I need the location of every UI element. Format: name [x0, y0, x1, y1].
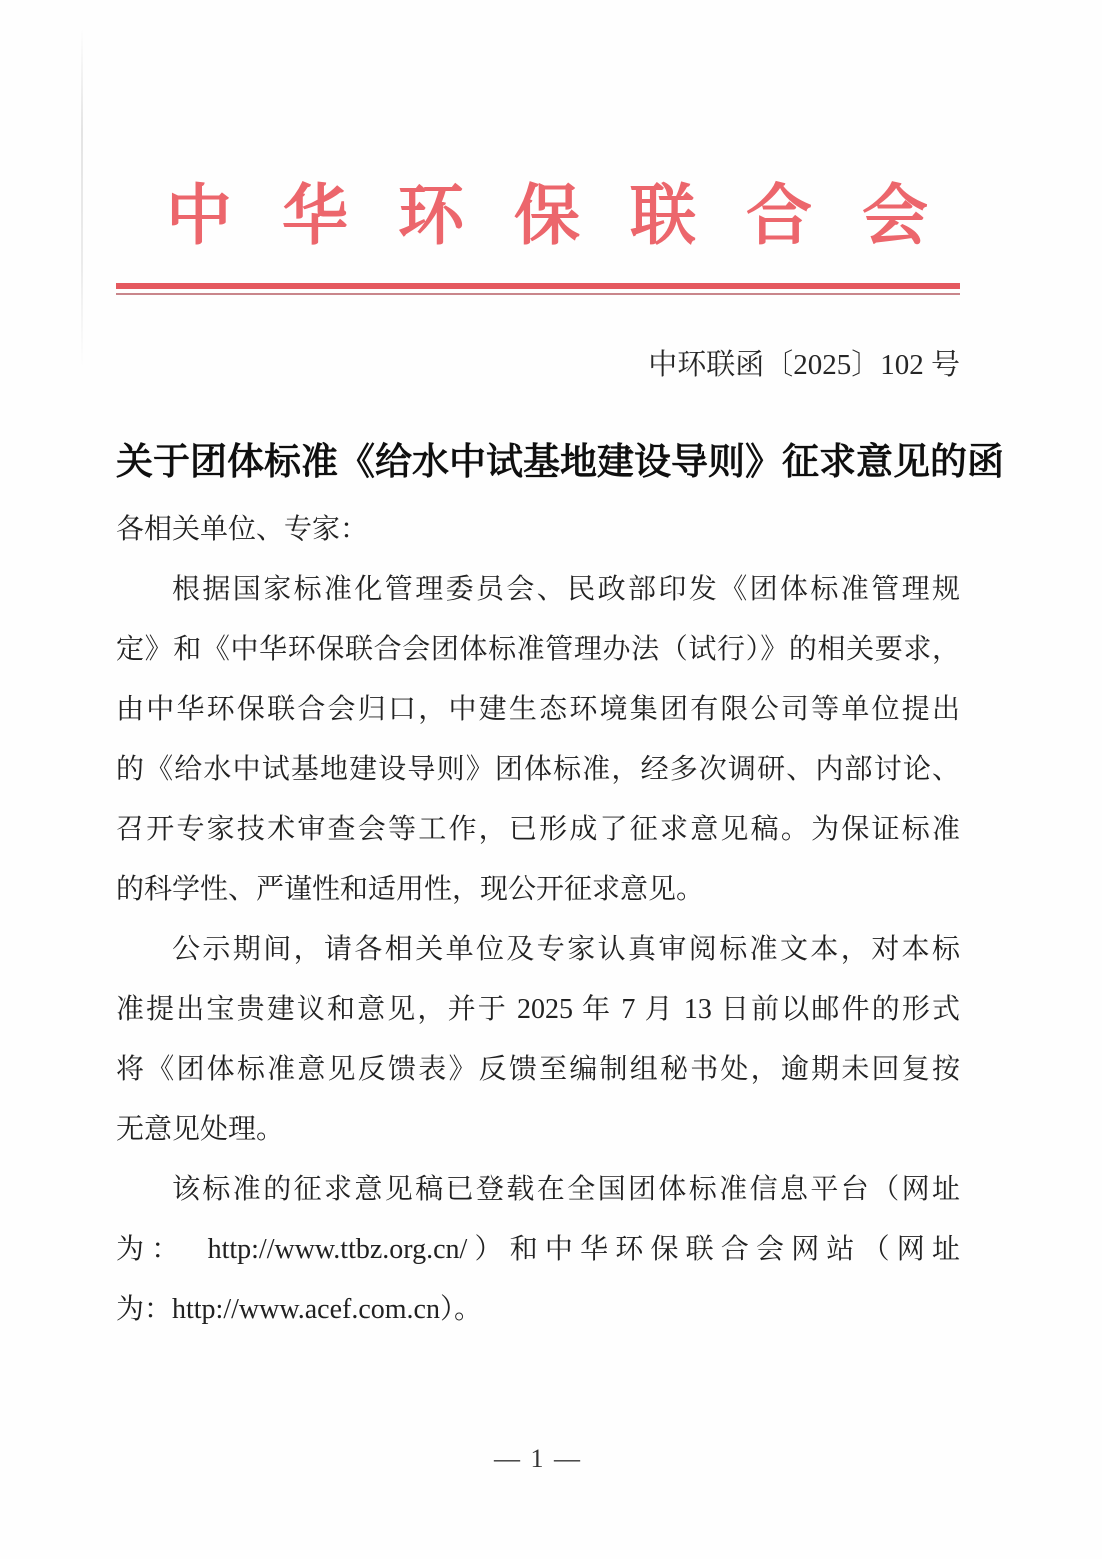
paragraph-3-line: 为：http://www.acef.com.cn）。 [116, 1280, 960, 1340]
paragraph-1-line: 的科学性、严谨性和适用性，现公开征求意见。 [116, 860, 960, 920]
letterhead: 中华环保联合会 [116, 0, 960, 295]
letterhead-org-name: 中华环保联合会 [116, 0, 960, 250]
paragraph-2-line: 公示期间，请各相关单位及专家认真审阅标准文本，对本标 [116, 920, 960, 980]
document-number: 中环联函〔2025〕102 号 [116, 347, 960, 383]
scanned-official-letter-page: 中华环保联合会 中环联函〔2025〕102 号 关于团体标准《给水中试基地建设导… [0, 0, 1102, 1559]
paragraph-1-line: 定》和《中华环保联合会团体标准管理办法（试行）》的相关要求， [116, 620, 960, 680]
salutation: 各相关单位、专家： [116, 500, 960, 560]
paragraph-1-line: 召开专家技术审查会等工作，已形成了征求意见稿。为保证标准 [116, 800, 960, 860]
paragraph-1-line: 的《给水中试基地建设导则》团体标准，经多次调研、内部讨论、 [116, 740, 960, 800]
page-number: — 1 — [116, 1444, 960, 1474]
letterhead-rule-thin [116, 293, 960, 295]
paragraph-1-line: 由中华环保联合会归口，中建生态环境集团有限公司等单位提出 [116, 680, 960, 740]
paragraph-2-line: 无意见处理。 [116, 1100, 960, 1160]
letterhead-rule-thick [116, 283, 960, 289]
paragraph-2-line: 准提出宝贵建议和意见，并于 2025 年 7 月 13 日前以邮件的形式 [116, 980, 960, 1040]
document-title: 关于团体标准《给水中试基地建设导则》征求意见的函 [116, 439, 960, 487]
paragraph-1-line: 根据国家标准化管理委员会、民政部印发《团体标准管理规 [116, 560, 960, 620]
paragraph-3-line: 为： http://www.ttbz.org.cn/）和中华环保联合会网站（网址 [116, 1220, 960, 1280]
paragraph-2-line: 将《团体标准意见反馈表》反馈至编制组秘书处，逾期未回复按 [116, 1040, 960, 1100]
paragraph-3-line: 该标准的征求意见稿已登载在全国团体标准信息平台（网址 [116, 1160, 960, 1220]
letter-content: 中华环保联合会 中环联函〔2025〕102 号 关于团体标准《给水中试基地建设导… [0, 0, 1102, 1474]
letter-body: 各相关单位、专家： 根据国家标准化管理委员会、民政部印发《团体标准管理规 定》和… [116, 500, 960, 1340]
